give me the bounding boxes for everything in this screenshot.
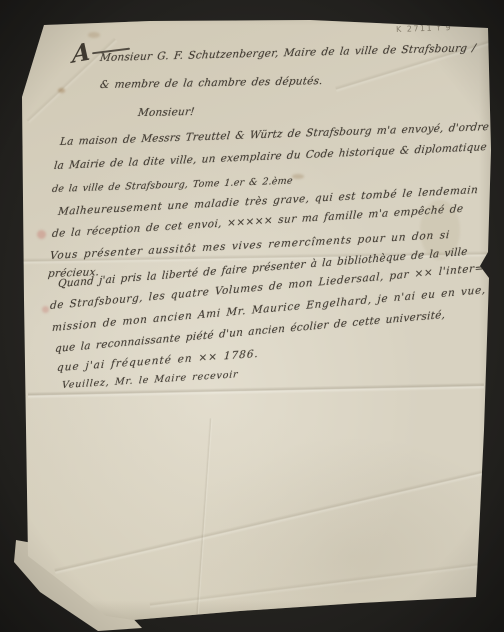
letter-sheet: K 2711 f 9 A Monsieur G. F. Schutzenberg… (0, 0, 504, 632)
handwritten-line-salutation: Monsieur! (137, 106, 195, 119)
foxing-spot (292, 174, 304, 179)
pink-stain (42, 306, 49, 313)
foxing-spot (58, 88, 65, 93)
address-flourish: A (72, 36, 90, 69)
pink-stain (37, 230, 46, 239)
letter-photograph: K 2711 f 9 A Monsieur G. F. Schutzenberg… (0, 0, 504, 632)
